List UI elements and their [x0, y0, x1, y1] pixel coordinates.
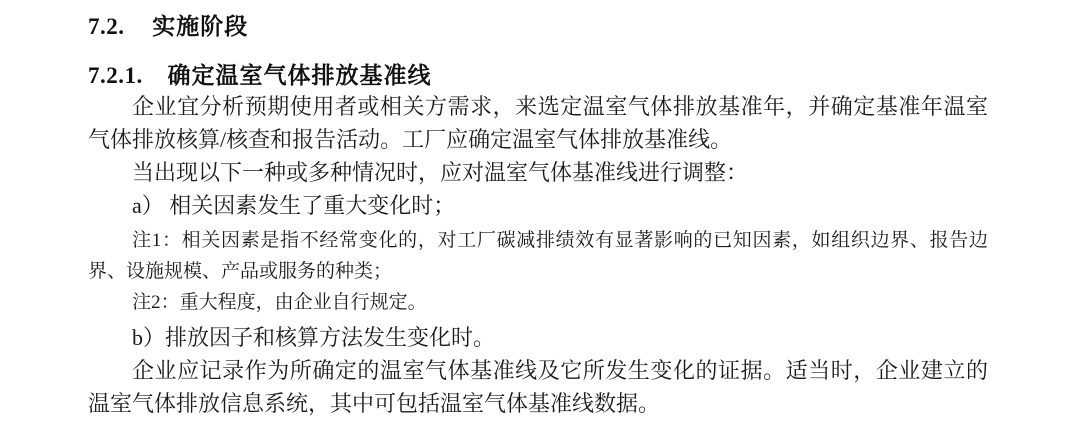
section-heading: 7.2. 实施阶段 [88, 12, 988, 41]
subsection-title: 确定温室气体排放基准线 [168, 62, 432, 88]
paragraph-baseline-selection: 企业宜分析预期使用者或相关方需求，来选定温室气体排放基准年，并确定基准年温室气体… [88, 90, 988, 156]
document-content: 7.2. 实施阶段 7.2.1. 确定温室气体排放基准线 企业宜分析预期使用者或… [88, 0, 988, 420]
note-1: 注1：相关因素是指不经常变化的，对工厂碳减排绩效有显著影响的已知因素，如组织边界… [88, 225, 988, 287]
subsection-number: 7.2.1. [88, 63, 143, 88]
list-item-a: a） 相关因素发生了重大变化时； [88, 189, 988, 222]
note-2: 注2：重大程度，由企业自行规定。 [88, 287, 988, 318]
paragraph-record-evidence: 企业应记录作为所确定的温室气体基准线及它所发生变化的证据。适当时，企业建立的温室… [88, 354, 988, 420]
paragraph-adjustment-conditions: 当出现以下一种或多种情况时，应对温室气体基准线进行调整： [88, 156, 988, 189]
subsection-heading: 7.2.1. 确定温室气体排放基准线 [88, 61, 988, 90]
section-number: 7.2. [88, 14, 125, 39]
list-item-b: b）排放因子和核算方法发生变化时。 [88, 321, 988, 354]
document-page: 7.2. 实施阶段 7.2.1. 确定温室气体排放基准线 企业宜分析预期使用者或… [0, 0, 1080, 425]
section-title: 实施阶段 [152, 13, 248, 39]
